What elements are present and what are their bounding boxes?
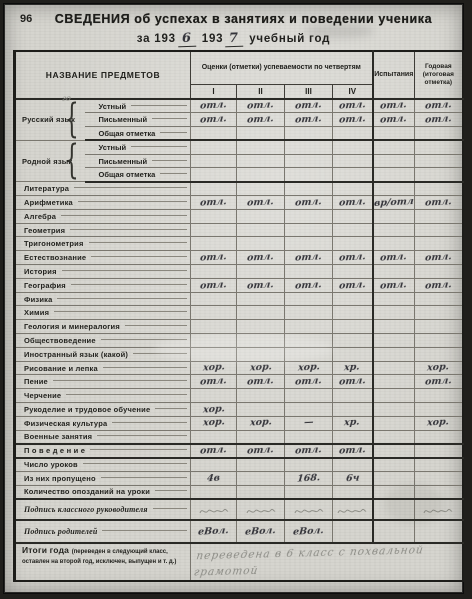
mark-cell: отл. xyxy=(333,196,373,210)
table-row: Родной язык{Устный xyxy=(15,140,463,154)
table-row: Иностранный язык (какой) xyxy=(15,347,463,361)
handwritten-mark: отл. xyxy=(247,280,274,291)
handwritten-year-1: 6 xyxy=(178,31,196,48)
handwritten-mark: хор. xyxy=(249,363,272,374)
mark-cell: отл. xyxy=(415,278,463,292)
subject-label: Подпись классного руководителя xyxy=(15,499,191,520)
subject-label: Итоги года (переведен в следующий класс,… xyxy=(15,543,191,581)
subject-sub-label: Устный xyxy=(85,99,191,113)
mark-cell xyxy=(237,223,285,237)
mark-cell xyxy=(237,209,285,223)
fill-line xyxy=(155,490,187,491)
table-row: Алгебра xyxy=(15,209,463,223)
sub-label-text: Общая отметка xyxy=(99,129,156,138)
subject-label: Рисование и лепка xyxy=(15,361,191,375)
handwritten-mark: отл. xyxy=(200,114,227,125)
handwritten-mark: отл. xyxy=(425,280,452,291)
mark-cell xyxy=(373,306,415,320)
mark-cell: отл. xyxy=(191,113,237,127)
fill-line xyxy=(103,367,187,368)
mark-cell: еВол. xyxy=(285,520,333,543)
mark-cell: отл. xyxy=(333,99,373,113)
mark-cell xyxy=(333,168,373,182)
page-number: 96 xyxy=(20,13,32,25)
mark-cell xyxy=(373,361,415,375)
fill-line xyxy=(89,242,187,243)
handwritten-mark: отл. xyxy=(339,252,366,263)
mark-cell: отл. xyxy=(237,113,285,127)
mark-cell xyxy=(285,389,333,403)
subject-sub-label: Общая отметка xyxy=(85,127,191,141)
sub-label-text: Письменный xyxy=(99,115,148,124)
mark-cell xyxy=(285,154,333,168)
mark-cell xyxy=(333,154,373,168)
brace-glyph: { xyxy=(65,140,79,181)
mark-cell xyxy=(237,292,285,306)
mark-cell xyxy=(415,209,463,223)
mark-cell xyxy=(191,265,237,279)
mark-cell: отл. xyxy=(415,99,463,113)
table-row: Из них пропущено4в168.6ч xyxy=(15,472,463,486)
subject-sub-label: Устный xyxy=(85,140,191,154)
mark-cell xyxy=(285,430,333,444)
mark-cell: хор. xyxy=(415,416,463,430)
mark-cell xyxy=(191,347,237,361)
fill-line xyxy=(78,201,187,202)
mark-cell: отл. xyxy=(237,251,285,265)
fill-line xyxy=(74,187,187,188)
mark-cell xyxy=(373,334,415,348)
mark-cell xyxy=(333,458,373,472)
label-text: Алгебра xyxy=(24,212,56,221)
mark-cell: хор. xyxy=(415,361,463,375)
table-row: Подпись родителейеВол.еВол.еВол. xyxy=(15,520,463,543)
fill-line xyxy=(155,408,187,409)
handwritten-mark: отл. xyxy=(339,114,366,125)
mark-cell xyxy=(191,223,237,237)
mark-cell xyxy=(415,320,463,334)
mark-cell xyxy=(333,520,373,543)
mark-cell xyxy=(415,499,463,520)
fill-line xyxy=(160,173,187,174)
label-text: История xyxy=(24,267,57,276)
table-row: Геология и минералогия xyxy=(15,320,463,334)
table-row: Тригонометрия xyxy=(15,237,463,251)
handwritten-mark: отл. xyxy=(295,197,322,208)
table-row: Черчение xyxy=(15,389,463,403)
label-text: Арифметика xyxy=(24,198,73,207)
subject-label: Геология и минералогия xyxy=(15,320,191,334)
mark-cell xyxy=(191,499,237,520)
fill-line xyxy=(101,477,187,478)
signature-scribble xyxy=(337,506,367,516)
handwritten-mark: отл. xyxy=(380,280,407,291)
mark-cell xyxy=(373,458,415,472)
mark-cell xyxy=(285,182,333,196)
margin-note: го xyxy=(62,94,72,104)
mark-cell xyxy=(333,485,373,499)
mark-cell xyxy=(373,154,415,168)
table-row: Итоги года (переведен в следующий класс,… xyxy=(15,543,463,581)
handwritten-mark: хор. xyxy=(202,363,225,374)
mark-cell xyxy=(373,168,415,182)
handwritten-mark: хор. xyxy=(297,363,320,374)
mark-cell xyxy=(237,320,285,334)
mark-cell: отл. xyxy=(285,251,333,265)
mark-cell: отл. xyxy=(237,444,285,458)
subject-label: Пение xyxy=(15,375,191,389)
table-row: Арифметикаотл.отл.отл.отл.вр/отл.отл. xyxy=(15,196,463,210)
subject-label: Обществоведение xyxy=(15,334,191,348)
mark-cell xyxy=(285,265,333,279)
fill-line xyxy=(83,463,187,464)
mark-cell xyxy=(373,430,415,444)
mark-cell xyxy=(285,140,333,154)
mark-cell xyxy=(373,223,415,237)
fill-line xyxy=(57,298,187,299)
mark-cell xyxy=(237,347,285,361)
label-text: Пение xyxy=(24,377,48,386)
mark-cell xyxy=(237,430,285,444)
handwritten-mark: отл. xyxy=(247,101,274,112)
label-text: Геология и минералогия xyxy=(24,322,120,331)
sub-label-text: Общая отметка xyxy=(99,170,156,179)
handwritten-mark: хр. xyxy=(344,418,360,428)
mark-cell xyxy=(191,334,237,348)
handwritten-mark: отл. xyxy=(247,197,274,208)
mark-cell xyxy=(373,140,415,154)
mark-cell xyxy=(333,209,373,223)
col-header-quarter-3: III xyxy=(285,85,333,100)
grades-table: НАЗВАНИЕ ПРЕДМЕТОВ Оценки (отметки) успе… xyxy=(13,50,464,582)
handwritten-mark: еВол. xyxy=(293,526,324,537)
label-text: Физическая культура xyxy=(24,419,107,428)
handwritten-mark: отл. xyxy=(200,376,227,387)
mark-cell: отл. xyxy=(237,375,285,389)
mark-cell xyxy=(285,458,333,472)
mark-cell xyxy=(415,237,463,251)
handwritten-mark: отл. xyxy=(425,197,452,208)
label-text: Подпись родителей xyxy=(24,527,97,536)
mark-cell: отл. xyxy=(191,196,237,210)
handwritten-mark: отл. xyxy=(295,252,322,263)
mark-cell xyxy=(415,168,463,182)
mark-cell xyxy=(285,168,333,182)
table-row: Подпись классного руководителя xyxy=(15,499,463,520)
mark-cell xyxy=(333,237,373,251)
mark-cell xyxy=(415,182,463,196)
mark-cell xyxy=(237,499,285,520)
handwritten-mark: отл. xyxy=(339,376,366,387)
handwritten-mark: отл. xyxy=(200,252,227,263)
fill-line xyxy=(70,229,187,230)
handwritten-mark: отл. xyxy=(247,376,274,387)
mark-cell xyxy=(415,520,463,543)
mark-cell xyxy=(285,334,333,348)
label-text: Итоги года xyxy=(22,545,69,555)
grades-table-body: Русский язык{Устныйотл.отл.отл.отл.отл.о… xyxy=(15,99,463,581)
mark-cell xyxy=(285,127,333,141)
mark-cell xyxy=(285,237,333,251)
mark-cell xyxy=(285,306,333,320)
subject-label: Физика xyxy=(15,292,191,306)
table-row: Военные занятия xyxy=(15,430,463,444)
mark-cell xyxy=(191,430,237,444)
mark-cell xyxy=(415,292,463,306)
fill-line xyxy=(152,160,187,161)
fill-line xyxy=(61,215,187,216)
table-row: Обществоведение xyxy=(15,334,463,348)
mark-cell xyxy=(237,485,285,499)
mark-cell: 4в xyxy=(191,472,237,486)
mark-cell xyxy=(373,182,415,196)
mark-cell: вр/отл. xyxy=(373,196,415,210)
subject-label: Естествознание xyxy=(15,251,191,265)
mark-cell: отл. xyxy=(415,375,463,389)
mark-cell xyxy=(333,140,373,154)
year-results-note: переведена в 6 класс с похвальной грамот… xyxy=(191,543,463,581)
mark-cell: отл. xyxy=(237,278,285,292)
mark-cell xyxy=(373,403,415,417)
table-row: Пениеотл.отл.отл.отл.отл. xyxy=(15,375,463,389)
label-text: Тригонометрия xyxy=(24,239,84,248)
handwritten-mark: отл. xyxy=(339,101,366,112)
label-text: Естествознание xyxy=(24,253,86,262)
handwritten-mark: хор. xyxy=(249,418,272,429)
label-text: Число уроков xyxy=(24,460,78,469)
mark-cell: отл. xyxy=(415,196,463,210)
mark-cell xyxy=(415,430,463,444)
mark-cell xyxy=(237,237,285,251)
subject-label: Число уроков xyxy=(15,458,191,472)
table-row: Русский язык{Устныйотл.отл.отл.отл.отл.о… xyxy=(15,99,463,113)
mark-cell xyxy=(373,499,415,520)
subject-sub-label: Общая отметка xyxy=(85,168,191,182)
mark-cell: хор. xyxy=(285,361,333,375)
label-text: Обществоведение xyxy=(24,336,96,345)
mark-cell: хр. xyxy=(333,416,373,430)
label-text: Рисование и лепка xyxy=(24,364,98,373)
mark-cell xyxy=(333,320,373,334)
mark-cell: — xyxy=(285,416,333,430)
report-card-page: 96 СВЕДЕНИЯ об успехах в занятиях и пове… xyxy=(3,3,464,594)
page-title: СВЕДЕНИЯ об успехах в занятиях и поведен… xyxy=(34,12,453,26)
mark-cell xyxy=(237,403,285,417)
mark-cell xyxy=(285,499,333,520)
mark-cell: 168. xyxy=(285,472,333,486)
mark-cell xyxy=(373,444,415,458)
mark-cell xyxy=(333,499,373,520)
mark-cell xyxy=(333,292,373,306)
handwritten-mark: вр/отл. xyxy=(373,197,414,209)
handwritten-mark: отл. xyxy=(247,445,274,456)
handwritten-mark: отл. xyxy=(295,376,322,387)
mark-cell: отл. xyxy=(285,444,333,458)
handwritten-mark: еВол. xyxy=(198,526,229,537)
subtitle-mid: 193 xyxy=(202,33,224,45)
fill-line xyxy=(160,132,187,133)
subject-sub-label: Письменный xyxy=(85,154,191,168)
mark-cell xyxy=(373,472,415,486)
handwritten-mark: хр. xyxy=(344,363,360,373)
mark-cell xyxy=(415,140,463,154)
label-text: Количество опозданий на уроки xyxy=(24,487,150,496)
mark-cell: хор. xyxy=(237,361,285,375)
label-text: География xyxy=(24,281,66,290)
handwritten-note: переведена в 6 класс с похвальной грамот… xyxy=(193,543,460,581)
mark-cell xyxy=(415,389,463,403)
fill-line xyxy=(62,270,187,271)
mark-cell xyxy=(333,127,373,141)
mark-cell xyxy=(373,127,415,141)
mark-cell xyxy=(191,389,237,403)
mark-cell xyxy=(237,168,285,182)
label-text: Геометрия xyxy=(24,226,65,235)
mark-cell xyxy=(373,265,415,279)
subject-label: Литература xyxy=(15,182,191,196)
mark-cell xyxy=(191,127,237,141)
mark-cell: отл. xyxy=(191,375,237,389)
mark-cell xyxy=(373,416,415,430)
mark-cell xyxy=(285,347,333,361)
handwritten-mark: отл. xyxy=(295,114,322,125)
handwritten-mark: отл. xyxy=(295,280,322,291)
signature-scribble xyxy=(246,506,276,516)
mark-cell: отл. xyxy=(333,113,373,127)
subject-group-label: Родной язык{ xyxy=(15,140,85,181)
mark-cell: отл. xyxy=(237,196,285,210)
table-row: Физика xyxy=(15,292,463,306)
mark-cell: 6ч xyxy=(333,472,373,486)
handwritten-mark: 168. xyxy=(297,473,321,484)
subject-label: Арифметика xyxy=(15,196,191,210)
subject-label: Количество опозданий на уроки xyxy=(15,485,191,499)
handwritten-mark: отл. xyxy=(295,445,322,456)
table-row: Естествознаниеотл.отл.отл.отл.отл.отл. xyxy=(15,251,463,265)
handwritten-mark: отл. xyxy=(247,114,274,125)
mark-cell: отл. xyxy=(191,251,237,265)
handwritten-mark: отл. xyxy=(339,445,366,456)
subject-group-label: Русский язык{ xyxy=(15,99,85,140)
mark-cell xyxy=(373,292,415,306)
mark-cell xyxy=(415,403,463,417)
table-row: История xyxy=(15,265,463,279)
mark-cell: хор. xyxy=(237,416,285,430)
mark-cell xyxy=(191,237,237,251)
mark-cell xyxy=(373,347,415,361)
col-header-subjects: НАЗВАНИЕ ПРЕДМЕТОВ xyxy=(15,51,191,99)
mark-cell: отл. xyxy=(333,375,373,389)
signature-scribble xyxy=(199,506,229,516)
handwritten-mark: отл. xyxy=(200,445,227,456)
mark-cell xyxy=(237,154,285,168)
mark-cell xyxy=(373,237,415,251)
table-row: Количество опозданий на уроки xyxy=(15,485,463,499)
label-text: Подпись классного руководителя xyxy=(24,505,148,514)
subject-label: Военные занятия xyxy=(15,430,191,444)
table-row: Рукоделие и трудовое обучениехор. xyxy=(15,403,463,417)
label-text: Рукоделие и трудовое обучение xyxy=(24,405,150,414)
subject-label: Геометрия xyxy=(15,223,191,237)
label-text: П о в е д е н и е xyxy=(24,446,85,455)
mark-cell xyxy=(191,182,237,196)
handwritten-mark: хор. xyxy=(202,418,225,429)
handwritten-mark: отл. xyxy=(380,114,407,125)
label-text: Военные занятия xyxy=(24,432,92,441)
mark-cell: отл. xyxy=(373,113,415,127)
mark-cell xyxy=(333,223,373,237)
mark-cell: отл. xyxy=(415,251,463,265)
handwritten-mark: отл. xyxy=(339,197,366,208)
sub-label-text: Устный xyxy=(99,143,127,152)
fill-line xyxy=(90,449,187,450)
mark-cell xyxy=(333,403,373,417)
subject-label: Иностранный язык (какой) xyxy=(15,347,191,361)
mark-cell xyxy=(415,472,463,486)
mark-cell: отл. xyxy=(333,278,373,292)
mark-cell: еВол. xyxy=(237,520,285,543)
mark-cell xyxy=(237,182,285,196)
col-header-grades-group: Оценки (отметки) успеваемости по четверт… xyxy=(191,51,373,85)
mark-cell: отл. xyxy=(373,278,415,292)
subject-label: История xyxy=(15,265,191,279)
mark-cell xyxy=(415,306,463,320)
handwritten-mark: отл. xyxy=(425,101,452,112)
mark-cell xyxy=(373,520,415,543)
mark-cell xyxy=(237,306,285,320)
mark-cell: отл. xyxy=(373,99,415,113)
handwritten-mark: — xyxy=(303,418,313,428)
grades-table-header: НАЗВАНИЕ ПРЕДМЕТОВ Оценки (отметки) успе… xyxy=(15,51,463,99)
subject-label: Алгебра xyxy=(15,209,191,223)
mark-cell xyxy=(237,140,285,154)
handwritten-mark: хор. xyxy=(202,404,225,415)
mark-cell: отл. xyxy=(333,251,373,265)
subject-label: Из них пропущено xyxy=(15,472,191,486)
mark-cell xyxy=(333,430,373,444)
mark-cell: отл. xyxy=(191,278,237,292)
mark-cell xyxy=(191,320,237,334)
mark-cell: хр. xyxy=(333,361,373,375)
col-header-exams: Испыта­ния xyxy=(373,51,415,99)
handwritten-mark: отл. xyxy=(247,252,274,263)
fill-line xyxy=(97,435,187,436)
fill-line xyxy=(53,380,187,381)
handwritten-mark: 6ч xyxy=(345,473,359,483)
fill-line xyxy=(102,530,187,531)
mark-cell xyxy=(415,458,463,472)
mark-cell xyxy=(237,127,285,141)
mark-cell xyxy=(373,320,415,334)
mark-cell: хор. xyxy=(191,361,237,375)
mark-cell xyxy=(333,347,373,361)
mark-cell xyxy=(237,472,285,486)
handwritten-mark: отл. xyxy=(425,376,452,387)
mark-cell xyxy=(415,485,463,499)
mark-cell xyxy=(415,347,463,361)
mark-cell: отл. xyxy=(285,113,333,127)
fill-line xyxy=(112,422,187,423)
mark-cell: отл. xyxy=(191,99,237,113)
handwritten-mark: отл. xyxy=(380,252,407,263)
brace-glyph: { xyxy=(65,99,79,140)
mark-cell: отл. xyxy=(285,375,333,389)
handwritten-mark: отл. xyxy=(200,197,227,208)
handwritten-mark: хор. xyxy=(427,418,450,429)
mark-cell xyxy=(415,154,463,168)
fill-line xyxy=(54,311,187,312)
fill-line xyxy=(131,146,187,147)
